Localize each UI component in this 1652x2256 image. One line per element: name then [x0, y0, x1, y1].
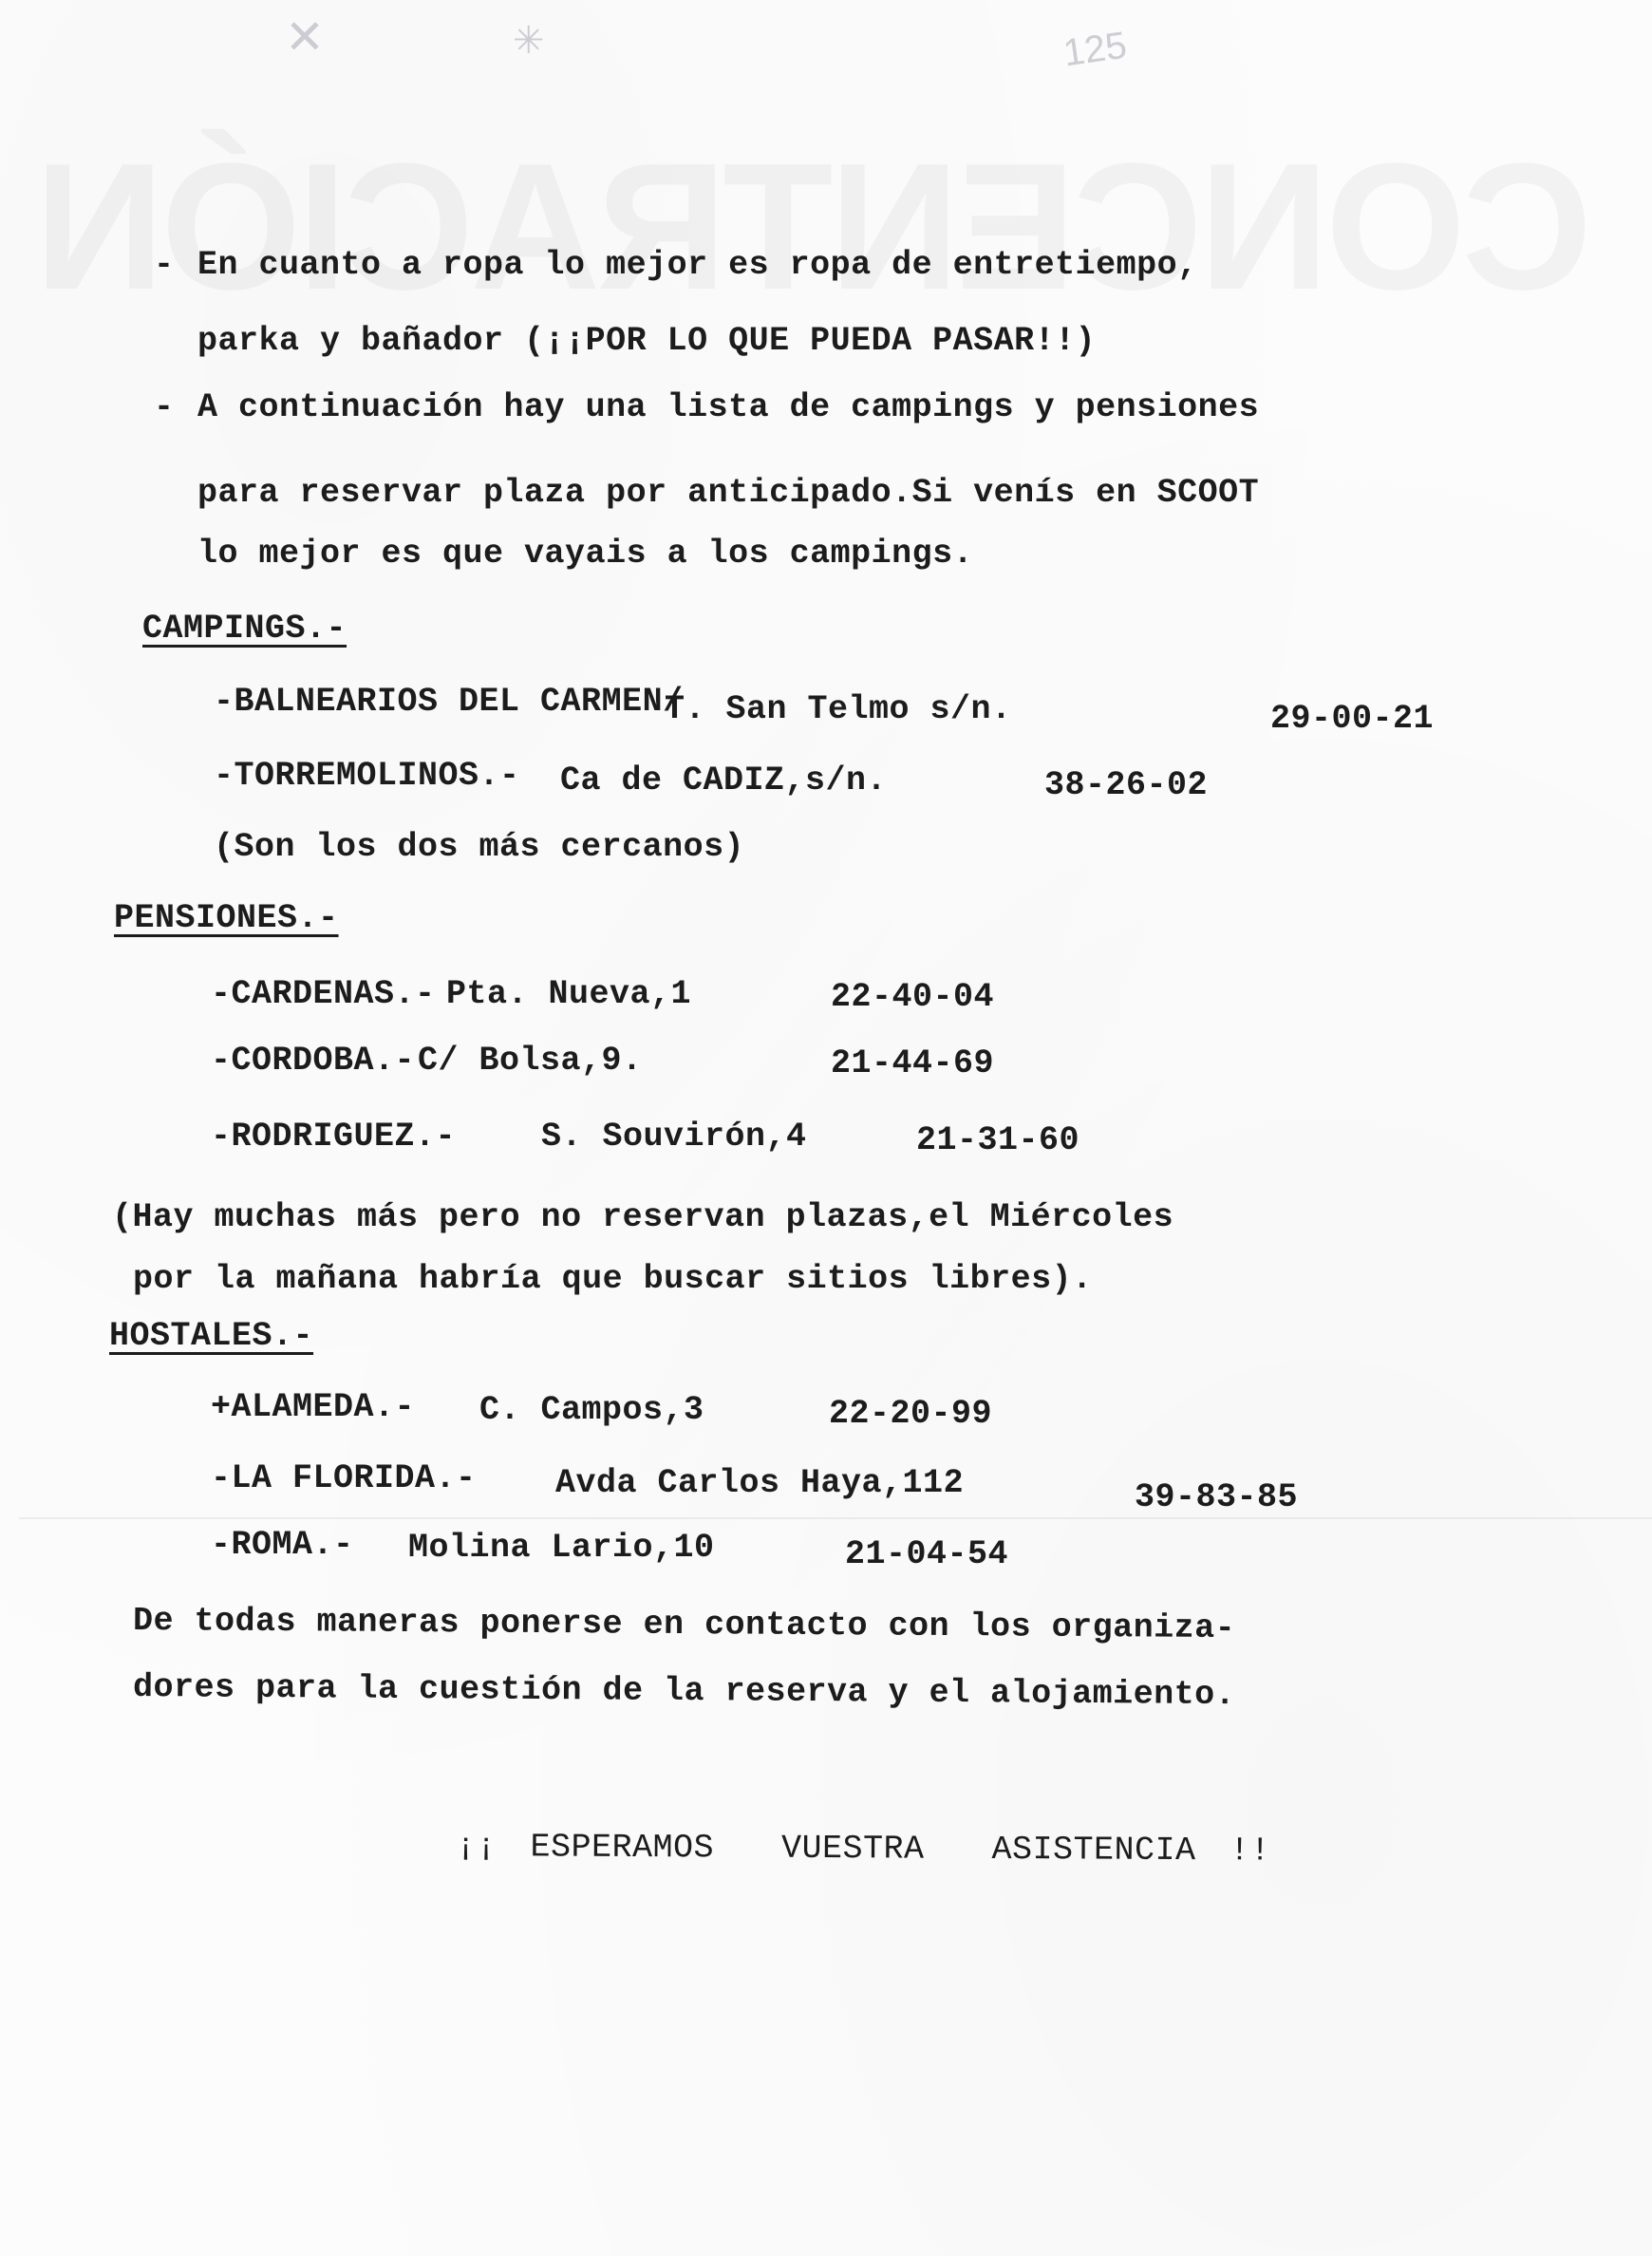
- hostal-name: +ALAMEDA.-: [211, 1391, 415, 1424]
- bullet-list-intro: -: [154, 391, 175, 424]
- pension-phone: 21-31-60: [916, 1124, 1079, 1157]
- hostal-name: -ROMA.-: [211, 1529, 354, 1562]
- paper-fold-line: [19, 1517, 1652, 1519]
- pensiones-note-line-1: (Hay muchas más pero no reservan plazas,…: [112, 1201, 1173, 1234]
- clothing-line-2: parka y bañador (¡¡POR LO QUE PUEDA PASA…: [197, 325, 1096, 358]
- list-intro-line-3: lo mejor es que vayais a los campings.: [197, 537, 973, 571]
- hostales-heading: HOSTALES.-: [109, 1320, 313, 1353]
- pension-name: -CORDOBA.-: [211, 1044, 415, 1078]
- pension-phone: 22-40-04: [831, 981, 994, 1014]
- pencil-mark-icon: ✕: [285, 9, 325, 65]
- hostal-phone: 39-83-85: [1135, 1481, 1298, 1514]
- pension-address: S. Souvirón,4: [541, 1120, 807, 1154]
- camping-phone: 29-00-21: [1270, 703, 1434, 736]
- camping-address: Ca de CADIZ,s/n.: [560, 764, 887, 798]
- pension-address: Pta. Nueva,1: [446, 978, 691, 1011]
- hostal-phone: 22-20-99: [829, 1398, 992, 1431]
- camping-name: -BALNEARIOS DEL CARMEN/: [214, 686, 684, 719]
- campings-note: (Son los dos más cercanos): [214, 831, 744, 864]
- list-intro-line-2: para reservar plaza por anticipado.Si ve…: [197, 477, 1259, 510]
- pension-address: C/ Bolsa,9.: [418, 1044, 643, 1078]
- list-intro-line-1: A continuación hay una lista de campings…: [197, 391, 1259, 424]
- bullet-clothing: -: [154, 249, 175, 282]
- hostal-address: C. Campos,3: [479, 1394, 704, 1427]
- hostal-phone: 21-04-54: [845, 1538, 1008, 1571]
- pensiones-note-line-2: por la mañana habría que buscar sitios l…: [133, 1263, 1093, 1296]
- campings-heading: CAMPINGS.-: [142, 612, 347, 646]
- show-through-title: CONCENTRACIÓN: [38, 123, 1592, 330]
- camping-phone: 38-26-02: [1044, 769, 1208, 802]
- hostal-address: Avda Carlos Haya,112: [555, 1467, 964, 1500]
- footer-slogan: ¡¡ ESPERAMOS VUESTRA ASISTENCIA !!: [456, 1831, 1270, 1868]
- closing-line-1: De todas maneras ponerse en contacto con…: [133, 1605, 1235, 1645]
- hostal-address: Molina Lario,10: [408, 1532, 715, 1565]
- pencil-page-number: 125: [1061, 25, 1129, 76]
- closing-line-2: dores para la cuestión de la reserva y e…: [133, 1671, 1235, 1712]
- pension-phone: 21-44-69: [831, 1047, 994, 1081]
- paper-sheet: CONCENTRACIÓN 125 ✕ ✳ - En cuanto a ropa…: [0, 0, 1652, 2256]
- camping-address: T. San Telmo s/n.: [665, 693, 1012, 726]
- pensiones-heading: PENSIONES.-: [114, 902, 339, 935]
- pencil-mark-icon: ✳: [513, 19, 545, 63]
- pension-name: -CARDENAS.-: [211, 978, 436, 1011]
- pension-name: -RODRIGUEZ.-: [211, 1120, 456, 1154]
- camping-name: -TORREMOLINOS.-: [214, 760, 520, 793]
- hostal-name: -LA FLORIDA.-: [211, 1462, 477, 1495]
- clothing-line-1: En cuanto a ropa lo mejor es ropa de ent…: [197, 249, 1198, 282]
